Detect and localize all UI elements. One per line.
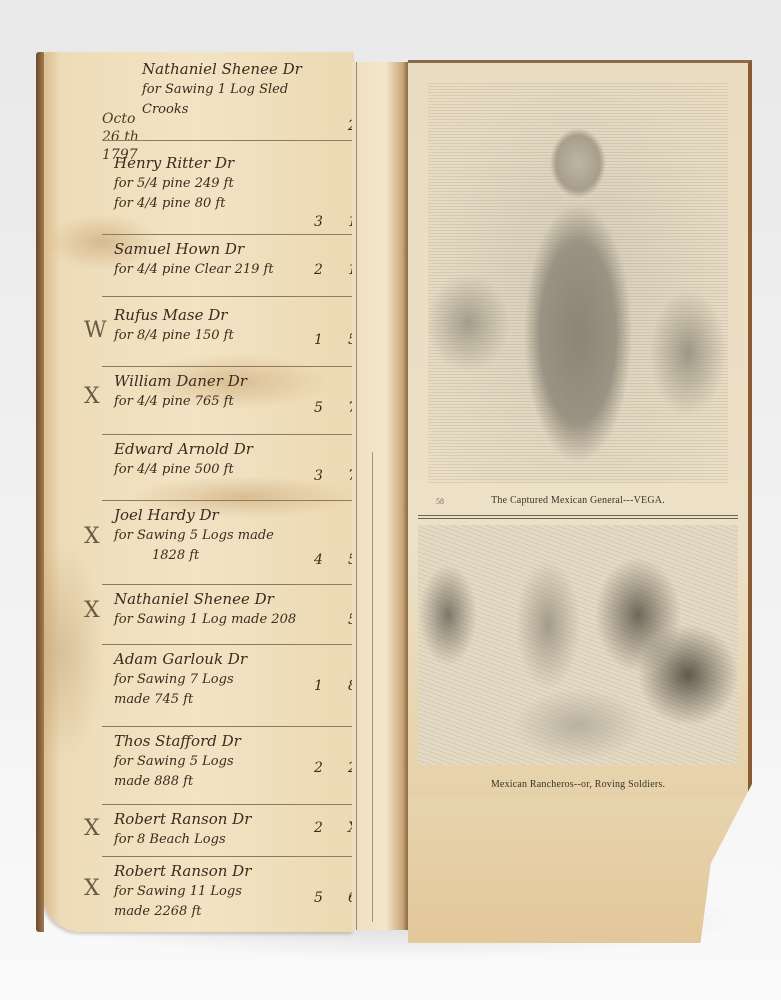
ledger-entry: W Rufus Mase Dr for 8/4 pine 150 ft 1 50 xyxy=(102,304,352,367)
ledger-entry: Samuel Hown Dr for 4/4 pine Clear 219 ft… xyxy=(102,238,352,297)
ledger-fold-strip xyxy=(352,62,408,930)
portrait-caption: The Captured Mexican General---VEGA. xyxy=(408,495,748,506)
entry-name: Adam Garlouk Dr xyxy=(102,648,352,670)
entry-name: Henry Ritter Dr xyxy=(102,152,352,174)
scrapbook-page-right: 58 The Captured Mexican General---VEGA. … xyxy=(408,60,752,943)
ledger-entry: Henry Ritter Dr for 5/4 pine 249 ft for … xyxy=(102,152,352,235)
tally-mark: X xyxy=(84,876,100,901)
entry-name: Robert Ranson Dr xyxy=(102,860,352,882)
ledger-column-rule xyxy=(356,62,357,930)
entry-name: Nathaniel Shenee Dr xyxy=(102,58,352,80)
tally-mark: X xyxy=(84,524,100,549)
entry-desc: for Sawing 5 Logs made xyxy=(102,526,352,546)
entry-name: Rufus Mase Dr xyxy=(102,304,352,326)
rancheros-engraving xyxy=(418,525,738,765)
general-portrait-engraving xyxy=(428,83,728,483)
entry-amount-dollars: 1 xyxy=(314,332,323,348)
ledger-entries: Nathaniel Shenee Dr for Sawing 1 Log Sle… xyxy=(42,52,354,932)
entry-name: Joel Hardy Dr xyxy=(102,504,352,526)
ledger-entry: X Robert Ranson Dr for Sawing 11 Logs ma… xyxy=(102,860,352,926)
entry-name: Thos Stafford Dr xyxy=(102,730,352,752)
ledger-entry: X Robert Ranson Dr for 8 Beach Logs 2 X xyxy=(102,808,352,857)
ledger-entry: Nathaniel Shenee Dr for Sawing 1 Log Sle… xyxy=(102,58,352,141)
entry-desc: for 5/4 pine 249 ft xyxy=(102,174,352,194)
entry-amount-dollars: 4 xyxy=(314,552,323,568)
rancheros-caption: Mexican Rancheros--or, Roving Soldiers. xyxy=(408,779,748,790)
entry-amount-dollars: 3 xyxy=(314,468,323,484)
entry-name: Nathaniel Shenee Dr xyxy=(102,588,352,610)
entry-name: Samuel Hown Dr xyxy=(102,238,352,260)
entry-name: Edward Arnold Dr xyxy=(102,438,352,460)
divider-rule xyxy=(418,515,738,516)
ledger-page-left: Octo 26 th 1797 Nathaniel Shenee Dr for … xyxy=(42,52,354,932)
ledger-entry: X Nathaniel Shenee Dr for Sawing 1 Log m… xyxy=(102,588,352,645)
entry-amount-dollars: 2 xyxy=(314,760,323,776)
entry-desc: for Sawing 1 Log made 208 xyxy=(102,610,352,630)
ledger-column-rule xyxy=(372,452,373,922)
tally-mark: X xyxy=(84,598,100,623)
ledger-entry: Adam Garlouk Dr for Sawing 7 Logs made 7… xyxy=(102,648,352,727)
tally-mark: W xyxy=(84,318,107,343)
entry-amount-dollars: 2 xyxy=(314,820,323,836)
tally-mark: X xyxy=(84,816,100,841)
blank-page-area xyxy=(408,798,748,948)
entry-amount-dollars: 1 xyxy=(314,678,323,694)
entry-desc: for 4/4 pine 80 ft xyxy=(102,194,352,214)
entry-desc: for Sawing 1 Log Sled xyxy=(102,80,352,100)
ledger-entry: X William Daner Dr for 4/4 pine 765 ft 5… xyxy=(102,370,352,435)
ledger-entry: Thos Stafford Dr for Sawing 5 Logs made … xyxy=(102,730,352,805)
ledger-entry: X Joel Hardy Dr for Sawing 5 Logs made 1… xyxy=(102,504,352,585)
entry-amount-dollars: 5 xyxy=(314,890,323,906)
entry-amount-dollars: 5 xyxy=(314,400,323,416)
entry-desc: Crooks xyxy=(102,100,352,120)
entry-amount-dollars: 3 xyxy=(314,214,323,230)
entry-amount-dollars: 2 xyxy=(314,262,323,278)
divider-rule xyxy=(418,518,738,519)
entry-name: William Daner Dr xyxy=(102,370,352,392)
ledger-entry: Edward Arnold Dr for 4/4 pine 500 ft 3 7… xyxy=(102,438,352,501)
tally-mark: X xyxy=(84,384,100,409)
